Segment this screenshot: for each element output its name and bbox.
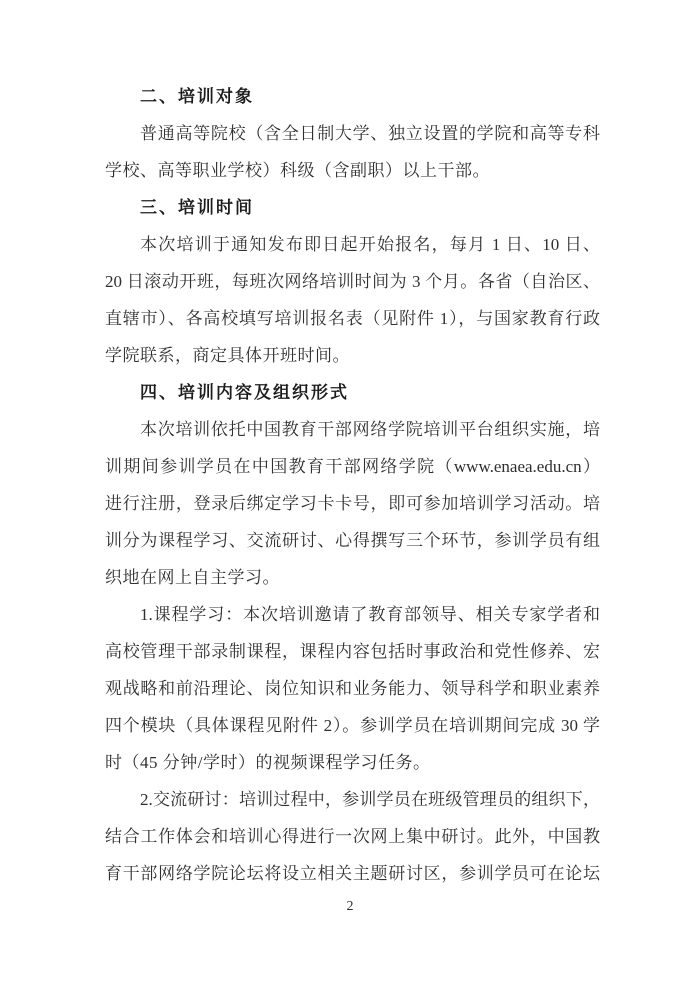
page-number: 2 <box>0 897 700 917</box>
paragraph-line: 结合工作体会和培训心得进行一次网上集中研讨。此外，中国教 <box>105 818 600 855</box>
paragraph-line: 学校、高等职业学校）科级（含副职）以上干部。 <box>105 152 600 189</box>
paragraph-line: 本次培训依托中国教育干部网络学院培训平台组织实施，培 <box>105 411 600 448</box>
document-body: 二、培训对象普通高等院校（含全日制大学、独立设置的学院和高等专科学校、高等职业学… <box>105 78 600 892</box>
paragraph-line: 育干部网络学院论坛将设立相关主题研讨区，参训学员可在论坛 <box>105 855 600 892</box>
paragraph-line: 观战略和前沿理论、岗位知识和业务能力、领导科学和职业素养 <box>105 670 600 707</box>
paragraph-line: 本次培训于通知发布即日起开始报名，每月 1 日、10 日、 <box>105 226 600 263</box>
paragraph-line: 时（45 分钟/学时）的视频课程学习任务。 <box>105 744 600 781</box>
paragraph-line: 普通高等院校（含全日制大学、独立设置的学院和高等专科 <box>105 115 600 152</box>
paragraph-line: 直辖市）、各高校填写培训报名表（见附件 1），与国家教育行政 <box>105 300 600 337</box>
paragraph-line: 高校管理干部录制课程，课程内容包括时事政治和党性修养、宏 <box>105 633 600 670</box>
section-heading: 二、培训对象 <box>105 78 600 115</box>
paragraph-line: 训期间参训学员在中国教育干部网络学院（www.enaea.edu.cn） <box>105 448 600 485</box>
section-heading: 三、培训时间 <box>105 189 600 226</box>
section-heading: 四、培训内容及组织形式 <box>105 374 600 411</box>
paragraph-line: 20 日滚动开班，每班次网络培训时间为 3 个月。各省（自治区、 <box>105 263 600 300</box>
paragraph-line: 学院联系，商定具体开班时间。 <box>105 337 600 374</box>
paragraph-line: 进行注册，登录后绑定学习卡卡号，即可参加培训学习活动。培 <box>105 485 600 522</box>
paragraph-line: 2.交流研讨：培训过程中，参训学员在班级管理员的组织下， <box>105 781 600 818</box>
paragraph-line: 织地在网上自主学习。 <box>105 559 600 596</box>
paragraph-line: 四个模块（具体课程见附件 2）。参训学员在培训期间完成 30 学 <box>105 707 600 744</box>
paragraph-line: 1.课程学习：本次培训邀请了教育部领导、相关专家学者和 <box>105 596 600 633</box>
paragraph-line: 训分为课程学习、交流研讨、心得撰写三个环节，参训学员有组 <box>105 522 600 559</box>
document-page: 二、培训对象普通高等院校（含全日制大学、独立设置的学院和高等专科学校、高等职业学… <box>0 0 700 990</box>
